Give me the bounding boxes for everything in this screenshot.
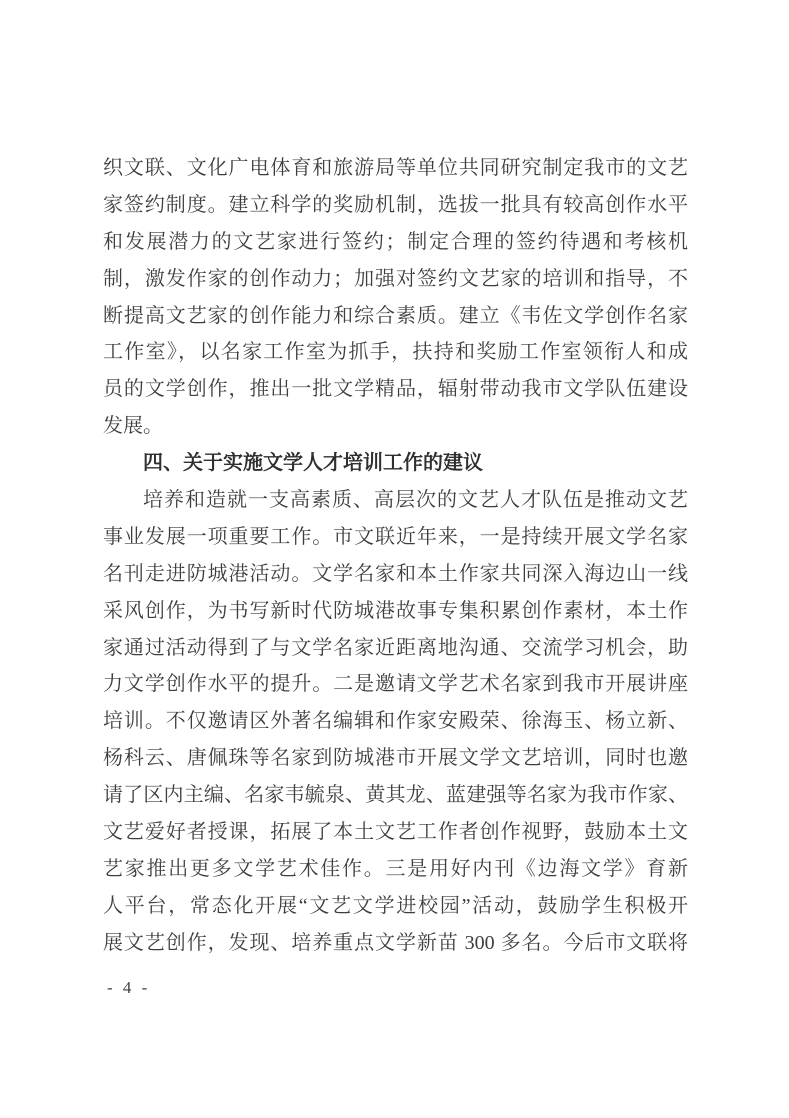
document-page: 织文联、文化广电体育和旅游局等单位共同研究制定我市的文艺 家签约制度。建立科学的… [0,0,789,1118]
page-number: - 4 - [107,976,150,1000]
paragraph1-line: 工作室》，以名家工作室为抓手，扶持和奖励工作室领衔人和成 [103,334,688,371]
section-heading: 四、关于实施文学人才培训工作的建议 [103,445,688,482]
paragraph1-line: 织文联、文化广电体育和旅游局等单位共同研究制定我市的文艺 [103,150,688,187]
paragraph2-line: 展文艺创作，发现、培养重点文学新苗 300 多名。今后市文联将 [103,925,688,962]
paragraph2-line: 艺家推出更多文学艺术佳作。三是用好内刊《边海文学》育新 [103,851,688,888]
paragraph2-line: 文艺爱好者授课，拓展了本土文艺工作者创作视野，鼓励本土文 [103,814,688,851]
paragraph2-line: 采风创作，为书写新时代防城港故事专集积累创作素材，本土作 [103,593,688,630]
paragraph1-line: 断提高文艺家的创作能力和综合素质。建立《韦佐文学创作名家 [103,298,688,335]
paragraph2-line: 培训。不仅邀请区外著名编辑和作家安殿荣、徐海玉、杨立新、 [103,703,688,740]
paragraph2-line: 事业发展一项重要工作。市文联近年来，一是持续开展文学名家 [103,519,688,556]
paragraph1-line: 和发展潜力的文艺家进行签约；制定合理的签约待遇和考核机 [103,224,688,261]
paragraph1-line: 家签约制度。建立科学的奖励机制，选拔一批具有较高创作水平 [103,187,688,224]
paragraph2-line: 力文学创作水平的提升。二是邀请文学艺术名家到我市开展讲座 [103,666,688,703]
paragraph2-line: 培养和造就一支高素质、高层次的文艺人才队伍是推动文艺 [103,482,688,519]
paragraph2-line: 杨科云、唐佩珠等名家到防城港市开展文学文艺培训，同时也邀 [103,740,688,777]
paragraph1-line: 发展。 [103,408,688,445]
paragraph2-line: 名刊走进防城港活动。文学名家和本土作家共同深入海边山一线 [103,556,688,593]
paragraph1-line: 制，激发作家的创作动力；加强对签约文艺家的培训和指导，不 [103,261,688,298]
paragraph2-line: 人平台，常态化开展“文艺文学进校园”活动，鼓励学生积极开 [103,888,688,925]
paragraph2-line: 请了区内主编、名家韦毓泉、黄其龙、蓝建强等名家为我市作家、 [103,777,688,814]
body-text: 织文联、文化广电体育和旅游局等单位共同研究制定我市的文艺 家签约制度。建立科学的… [103,150,688,962]
paragraph1-line: 员的文学创作，推出一批文学精品，辐射带动我市文学队伍建设 [103,371,688,408]
paragraph2-line: 家通过活动得到了与文学名家近距离地沟通、交流学习机会，助 [103,630,688,667]
